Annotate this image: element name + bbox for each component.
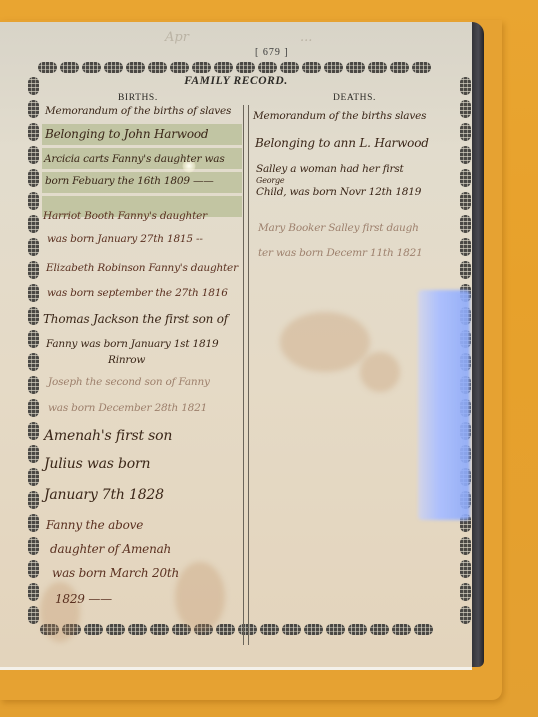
death-column-entry: Belonging to ann L. Harwood [255,136,429,150]
death-column-note: George [256,176,284,185]
birth-entry: Amenah's first son [44,428,172,444]
water-stain [280,312,370,372]
pencil-annotation: Apr [165,30,189,45]
death-column-entry: Child, was born Novr 12th 1819 [256,186,421,198]
birth-entry: Thomas Jackson the first son of [43,312,228,326]
birth-entry: was born March 20th [52,566,179,580]
deaths-heading: DEATHS. [333,93,376,103]
water-stain [40,582,80,642]
births-heading: BIRTHS. [118,93,158,103]
column-divider [243,105,249,645]
birth-entry: Arcicia carts Fanny's daughter was [44,153,225,165]
birth-entry: was born December 28th 1821 [48,402,207,414]
birth-entry: 1829 —— [55,592,112,606]
water-stain [175,562,225,632]
frame-edge [470,22,484,667]
document-title: FAMILY RECORD. [0,75,472,87]
birth-entry-note: Rinrow [108,354,145,366]
glass-glare [418,290,470,520]
death-column-entry: Salley a woman had her first [256,163,404,175]
birth-entry: was born January 27th 1815 -- [47,233,203,245]
death-column-entry: ter was born Decemr 11th 1821 [258,247,423,259]
death-column-entry: Mary Booker Salley first daugh [258,222,419,234]
birth-entry: Fanny was born January 1st 1819 [46,338,218,350]
death-column-entry: Memorandum of the births slaves [253,110,426,122]
water-stain [360,352,400,392]
birth-entry: Harriot Booth Fanny's daughter [43,210,207,222]
birth-entry: Julius was born [44,456,150,472]
ornamental-border-bottom [40,624,433,636]
birth-entry: was born september the 27th 1816 [47,287,228,299]
birth-entry: born Febuary the 16th 1809 —— [45,175,214,187]
birth-entry: Elizabeth Robinson Fanny's daughter [46,262,238,274]
ornamental-border-top [38,62,431,74]
birth-entry: Joseph the second son of Fanny [48,376,210,388]
ornamental-border-left [28,77,40,624]
birth-entry: daughter of Amenah [50,542,171,556]
birth-entry: January 7th 1828 [44,487,164,503]
birth-entry: Memorandum of the births of slaves [45,105,231,117]
family-record-page: Apr ... [ 679 ] FAMILY RECORD. BIRTHS. D… [0,22,472,670]
pencil-annotation: ... [300,30,312,45]
page-number: [ 679 ] [255,47,289,58]
birth-entry: Fanny the above [46,518,143,532]
birth-entry: Belonging to John Harwood [45,127,208,141]
